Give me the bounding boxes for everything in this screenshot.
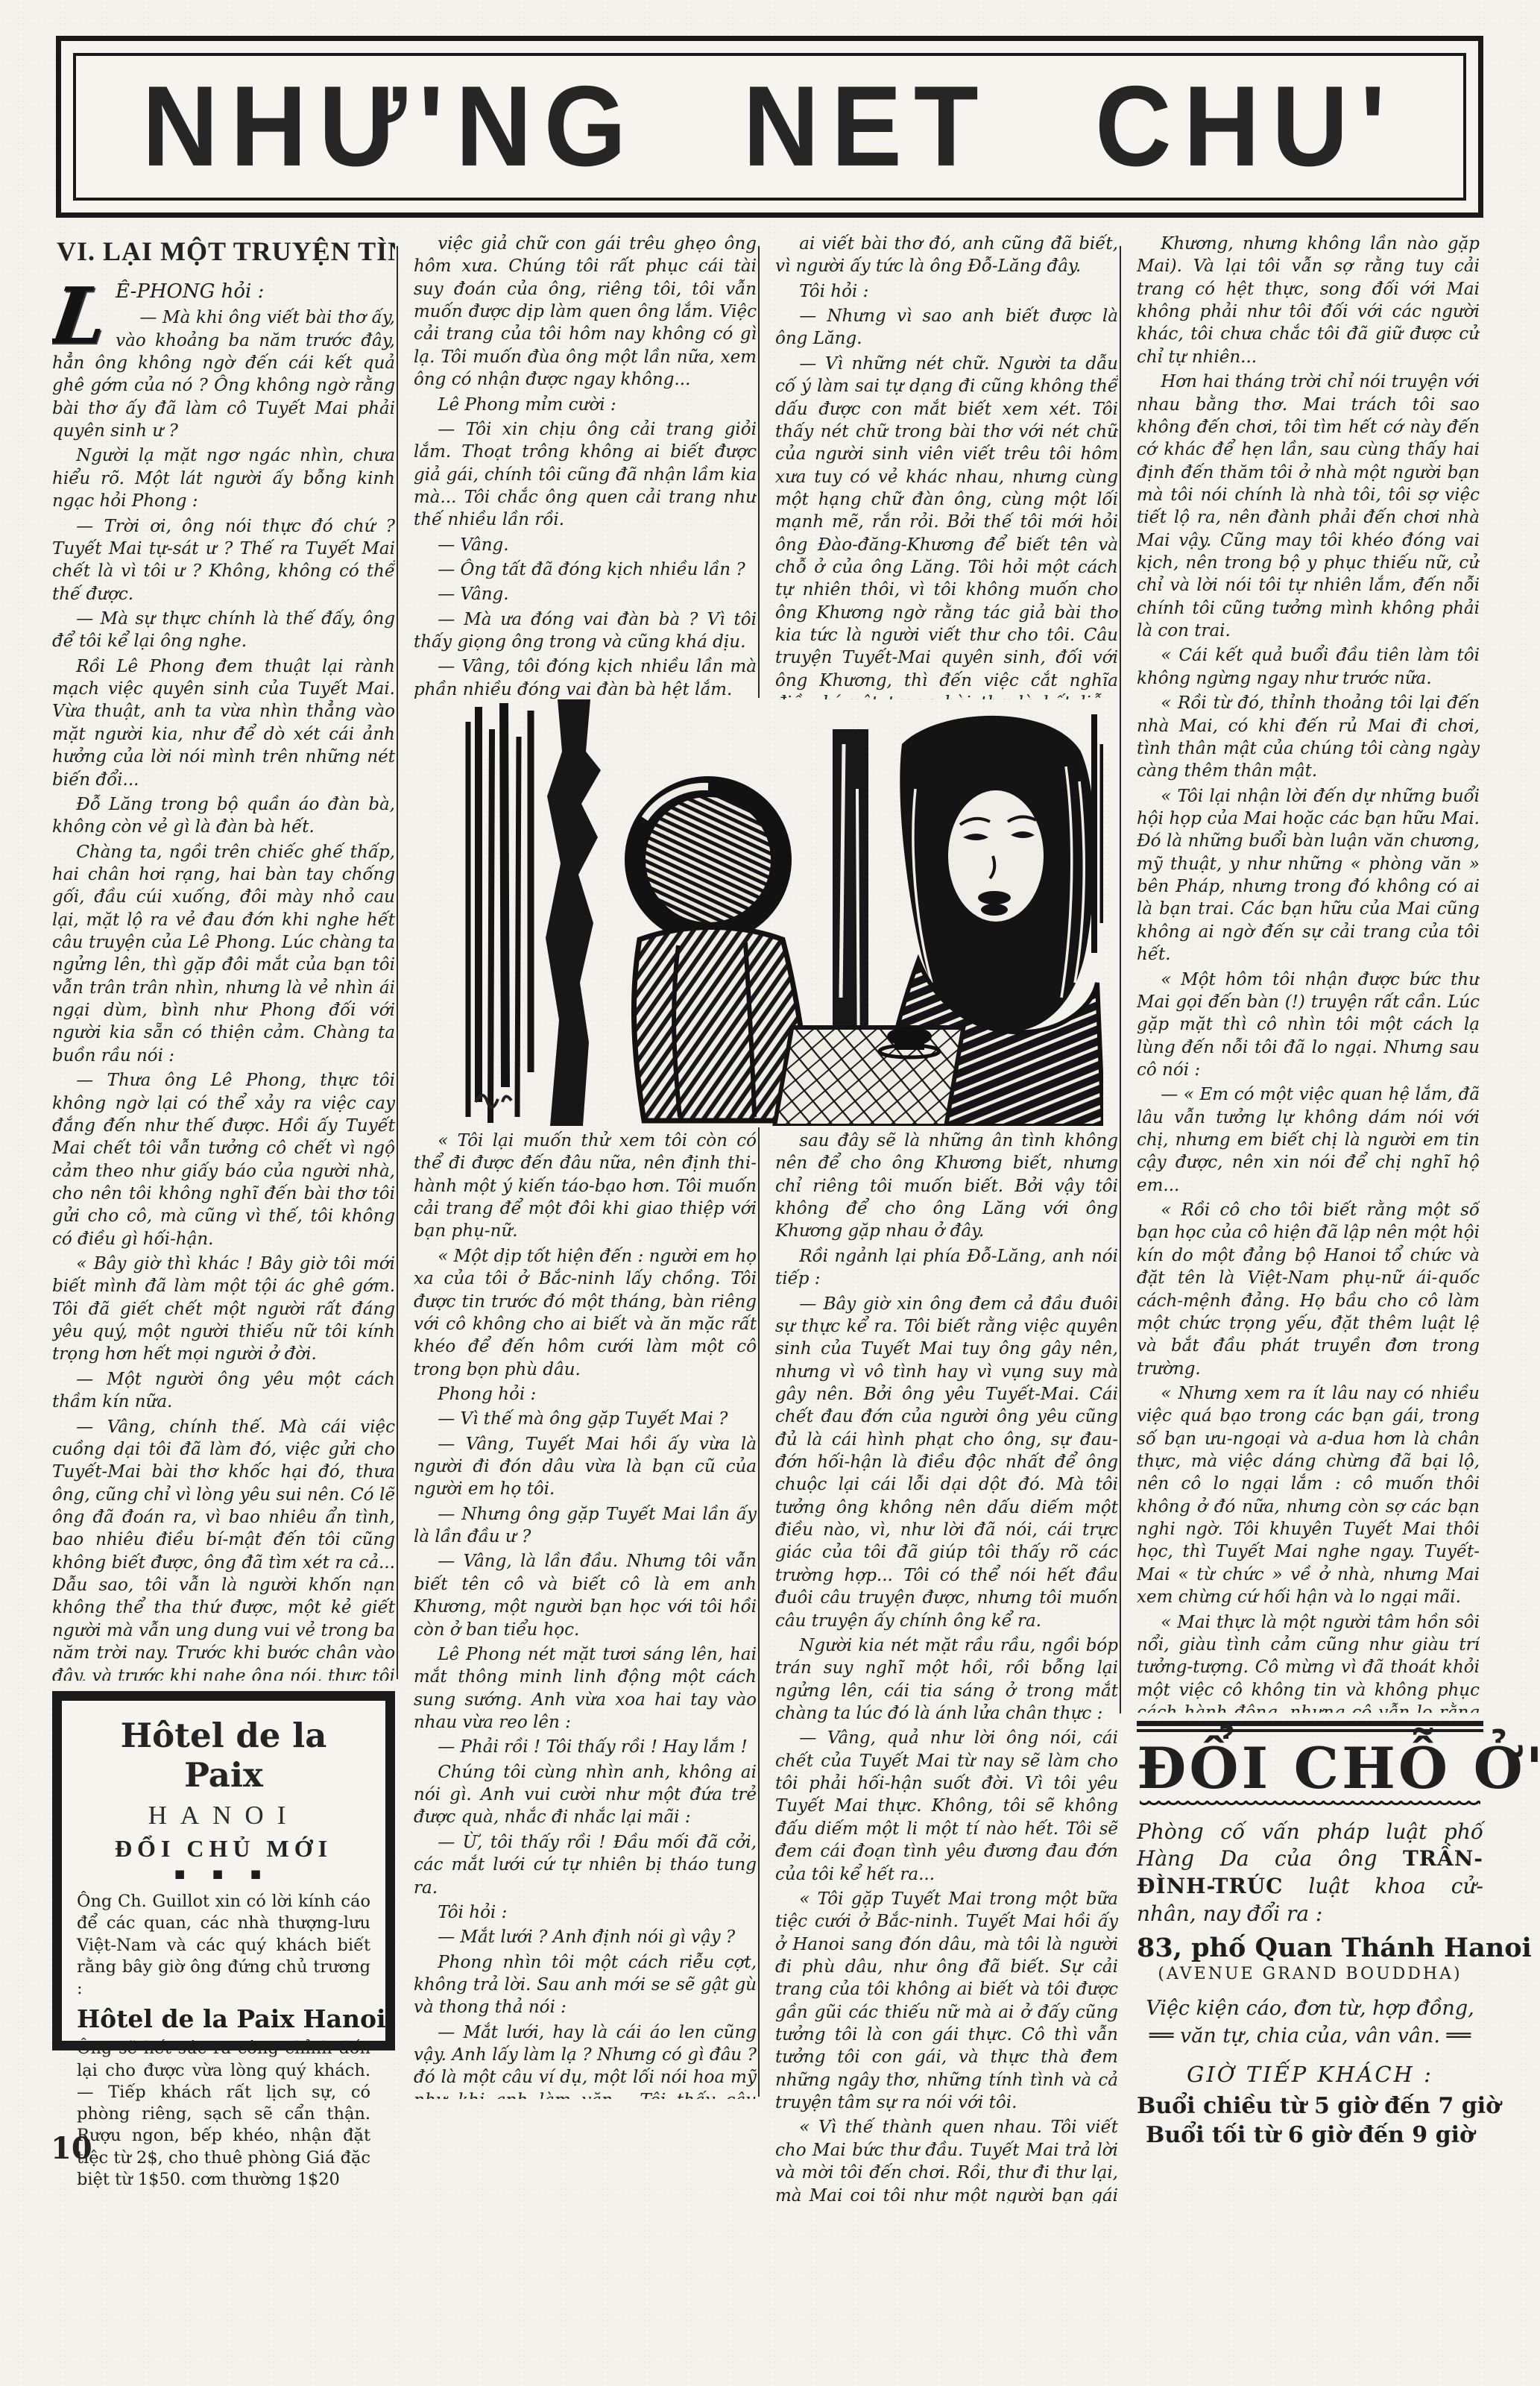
paragraph: — Nhưng vì sao anh biết được là ông Lăng… xyxy=(775,305,1118,350)
paragraph: — Vâng. xyxy=(414,583,757,605)
dropcap-letter: L xyxy=(52,285,111,347)
hotel-ad-title: Hôtel de la Paix xyxy=(77,1716,370,1795)
hotel-ad-subtitle: ĐỔI CHỦ MỚI xyxy=(77,1835,370,1863)
move-ad-hours-title: GIỜ TIẾP KHÁCH : xyxy=(1137,2062,1483,2087)
article-column-2-upper: việc giả chữ con gái trêu ghẹo ông hôm x… xyxy=(414,233,757,699)
paragraph: Rồi ngảnh lại phía Đỗ-Lăng, anh nói tiếp… xyxy=(775,1245,1118,1291)
paragraph: « Bây giờ thì khác ! Bây giờ tôi mới biế… xyxy=(52,1253,395,1366)
move-ad-hours-line: Buổi chiều từ 5 giờ đến 7 giờ xyxy=(1137,2093,1483,2119)
paragraph: sau đây sẽ là những ân tình không nên để… xyxy=(775,1130,1118,1243)
paragraph: « Vì thế thành quen nhau. Tôi viết cho M… xyxy=(775,2116,1118,2203)
move-ad-title: ĐỔI CHỖ Ở' xyxy=(1137,1740,1483,1798)
paragraph: — Vì thế mà ông gặp Tuyết Mai ? xyxy=(414,1408,757,1430)
paragraph: — Mắt lưới, hay là cái áo len cũng vậy. … xyxy=(414,2021,757,2099)
paragraph: — Ừ, tôi thấy rồi ! Đầu mối đã cởi, các … xyxy=(414,1831,757,1899)
paragraph: Tôi hỏi : xyxy=(414,1901,757,1924)
column-divider xyxy=(397,246,398,1679)
article-column-2-lower: « Tôi lại muốn thử xem tôi còn có thể đi… xyxy=(414,1130,757,2099)
woodcut-illustration xyxy=(462,699,1103,1126)
paragraph: — Mà sự thực chính là thế đấy, ông để tô… xyxy=(52,608,395,653)
paragraph: Người lạ mặt ngơ ngác nhìn, chưa hiểu rõ… xyxy=(52,444,395,512)
paragraph: « Tôi lại muốn thử xem tôi còn có thể đi… xyxy=(414,1130,757,1243)
paragraph: — Vâng, tôi đóng kịch nhiều lần mà phần … xyxy=(414,655,757,699)
paragraph: việc giả chữ con gái trêu ghẹo ông hôm x… xyxy=(414,233,757,391)
paragraph: « Nhưng xem ra ít lâu nay có nhiều việc … xyxy=(1137,1382,1480,1609)
column-1-flow: Ê-PHONG hỏi :— Mà khi ông viết bài thơ ấ… xyxy=(52,279,395,1681)
column-divider xyxy=(1120,246,1121,1713)
move-ad-services-line: Việc kiện cáo, đơn từ, hợp đồng, xyxy=(1146,1997,1474,2020)
paragraph: — Ông tất đã đóng kịch nhiều lần ? xyxy=(414,558,757,581)
paragraph: « Cái kết quả buổi đầu tiên làm tôi khôn… xyxy=(1137,644,1480,690)
paragraph: Rồi Lê Phong đem thuật lại rành mạch việ… xyxy=(52,655,395,791)
article-column-4: Khương, nhưng không lần nào gặp Mai). Và… xyxy=(1137,233,1480,1713)
paragraph: Khương, nhưng không lần nào gặp Mai). Và… xyxy=(1137,233,1480,368)
paragraph: Lê Phong nét mặt tươi sáng lên, hai mắt … xyxy=(414,1643,757,1734)
move-ad-intro: Phòng cố vấn pháp luật phố Hàng Da của ô… xyxy=(1137,1819,1483,1929)
paragraph: — Mắt lưới ? Anh định nói gì vậy ? xyxy=(414,1926,757,1948)
article-column-3-lower: sau đây sẽ là những ân tình không nên để… xyxy=(775,1130,1118,2203)
woodcut-illustration-svg xyxy=(462,699,1103,1126)
paragraph: — Phải rồi ! Tôi thấy rồi ! Hay lắm ! xyxy=(414,1736,757,1758)
paragraph: Chúng tôi cùng nhìn anh, không ai nói gì… xyxy=(414,1761,757,1829)
article-column-3-upper: ai viết bài thơ đó, anh cũng đã biết, vì… xyxy=(775,233,1118,699)
paragraph: — Bây giờ xin ông đem cả đầu đuôi sự thự… xyxy=(775,1293,1118,1632)
column-divider xyxy=(758,1127,760,2097)
move-ad-address-sub: (AVENUE GRAND BOUDDHA) xyxy=(1137,1965,1483,1983)
paragraph: Chàng ta, ngồi trên chiếc ghế thấp, hai … xyxy=(52,841,395,1068)
paragraph: — Mà ưa đóng vai đàn bà ? Vì tôi thấy gi… xyxy=(414,608,757,654)
hotel-ad-box: Hôtel de la Paix HANOI ĐỔI CHỦ MỚI ■ ■ ■… xyxy=(52,1691,395,2050)
paragraph: — Thưa ông Lê Phong, thực tôi không ngờ … xyxy=(52,1069,395,1250)
paragraph: « Tôi gặp Tuyết Mai trong một bữa tiệc c… xyxy=(775,1888,1118,2115)
paragraph: — Tôi xin chịu ông cải trang giỏi lắm. T… xyxy=(414,418,757,532)
paragraph: Phong hỏi : xyxy=(414,1383,757,1406)
paragraph: Người kia nét mặt rầu rầu, ngồi bóp trán… xyxy=(775,1634,1118,1725)
paragraph: ai viết bài thơ đó, anh cũng đã biết, vì… xyxy=(775,233,1118,278)
paragraph: — Vâng, là lần đầu. Nhưng tôi vẫn biết t… xyxy=(414,1550,757,1640)
move-ad-services-line: ══ văn tự, chia của, vân vân. ══ xyxy=(1149,2024,1471,2047)
move-ad-hours-line: Buổi tối từ 6 giờ đến 9 giờ xyxy=(1137,2122,1483,2148)
paragraph: « Rồi từ đó, thỉnh thoảng tôi lại đến nh… xyxy=(1137,692,1480,782)
move-ad-box: ĐỔI CHỖ Ở' Phòng cố vấn pháp luật phố Hà… xyxy=(1137,1721,1483,2151)
paragraph: « Rồi cô cho tôi biết rằng một số bạn họ… xyxy=(1137,1199,1480,1380)
paragraph: « Mai thực là một người tâm hồn sôi nổi,… xyxy=(1137,1611,1480,1713)
move-ad-wavy-rule xyxy=(1140,1801,1480,1808)
paragraph: — Vâng, Tuyết Mai hồi ấy vừa là người đi… xyxy=(414,1433,757,1501)
paragraph: — Một người ông yêu một cách thầm kín nữ… xyxy=(52,1368,395,1414)
hotel-ad-ornament: ■ ■ ■ xyxy=(77,1867,370,1880)
paragraph: — Vâng. xyxy=(414,534,757,556)
paragraph: Đỗ Lăng trong bộ quần áo đàn bà, không c… xyxy=(52,793,395,839)
paragraph: — Vâng, chính thế. Mà cái việc cuồng dại… xyxy=(52,1416,395,1681)
paragraph: — Vì những nét chữ. Người ta dẫu cố ý là… xyxy=(775,353,1118,699)
hotel-ad-city: HANOI xyxy=(77,1801,370,1831)
newspaper-page: { "masthead": { "title": "NHƯ'NG NET CHU… xyxy=(0,0,1540,2386)
move-ad-rule xyxy=(1137,1721,1483,1726)
paragraph: « Tôi lại nhận lời đến dự những buổi hội… xyxy=(1137,785,1480,966)
paragraph: « Một dịp tốt hiện đến : người em họ xa … xyxy=(414,1245,757,1381)
paragraph: — Trời ơi, ông nói thực đó chứ ? Tuyết M… xyxy=(52,515,395,605)
move-ad-services: Việc kiện cáo, đơn từ, hợp đồng, ══ văn … xyxy=(1137,1995,1483,2050)
page-title: NHƯ'NG NET CHU' xyxy=(142,60,1398,192)
masthead-box: NHƯ'NG NET CHU' xyxy=(56,36,1483,218)
article-column-1: VI. LẠI MỘT TRUYỆN TÌNH L Ê-PHONG hỏi :—… xyxy=(52,233,395,1681)
paragraph: « Một hôm tôi nhận được bức thư Mai gọi … xyxy=(1137,969,1480,1082)
section-heading: VI. LẠI MỘT TRUYỆN TÌNH xyxy=(57,236,395,267)
column-divider xyxy=(758,246,760,698)
move-ad-rule xyxy=(1137,1729,1483,1732)
hotel-ad-name-line: Hôtel de la Paix Hanoi xyxy=(77,2004,370,2033)
hotel-ad-body: Ông Ch. Guillot xin có lời kính cáo để c… xyxy=(77,1891,370,2000)
hotel-ad-body: Ông sẽ hết sức ra công chỉnh đốn lại cho… xyxy=(77,2038,370,2191)
paragraph: Hơn hai tháng trời chỉ nói truyện với nh… xyxy=(1137,371,1480,642)
paragraph: — Vâng, quả như lời ông nói, cái chết củ… xyxy=(775,1727,1118,1886)
paragraph: — « Em có một việc quan hệ lắm, đã lâu v… xyxy=(1137,1083,1480,1197)
masthead-inner-border: NHƯ'NG NET CHU' xyxy=(73,53,1466,201)
paragraph: Tôi hỏi : xyxy=(775,280,1118,303)
move-ad-address: 83, phố Quan Thánh Hanoi xyxy=(1137,1933,1483,1963)
paragraph: Phong nhìn tôi một cách riễu cợt, không … xyxy=(414,1951,757,2019)
paragraph: — Nhưng ông gặp Tuyết Mai lần ấy là lần … xyxy=(414,1503,757,1549)
paragraph: Lê Phong mỉm cười : xyxy=(414,394,757,416)
